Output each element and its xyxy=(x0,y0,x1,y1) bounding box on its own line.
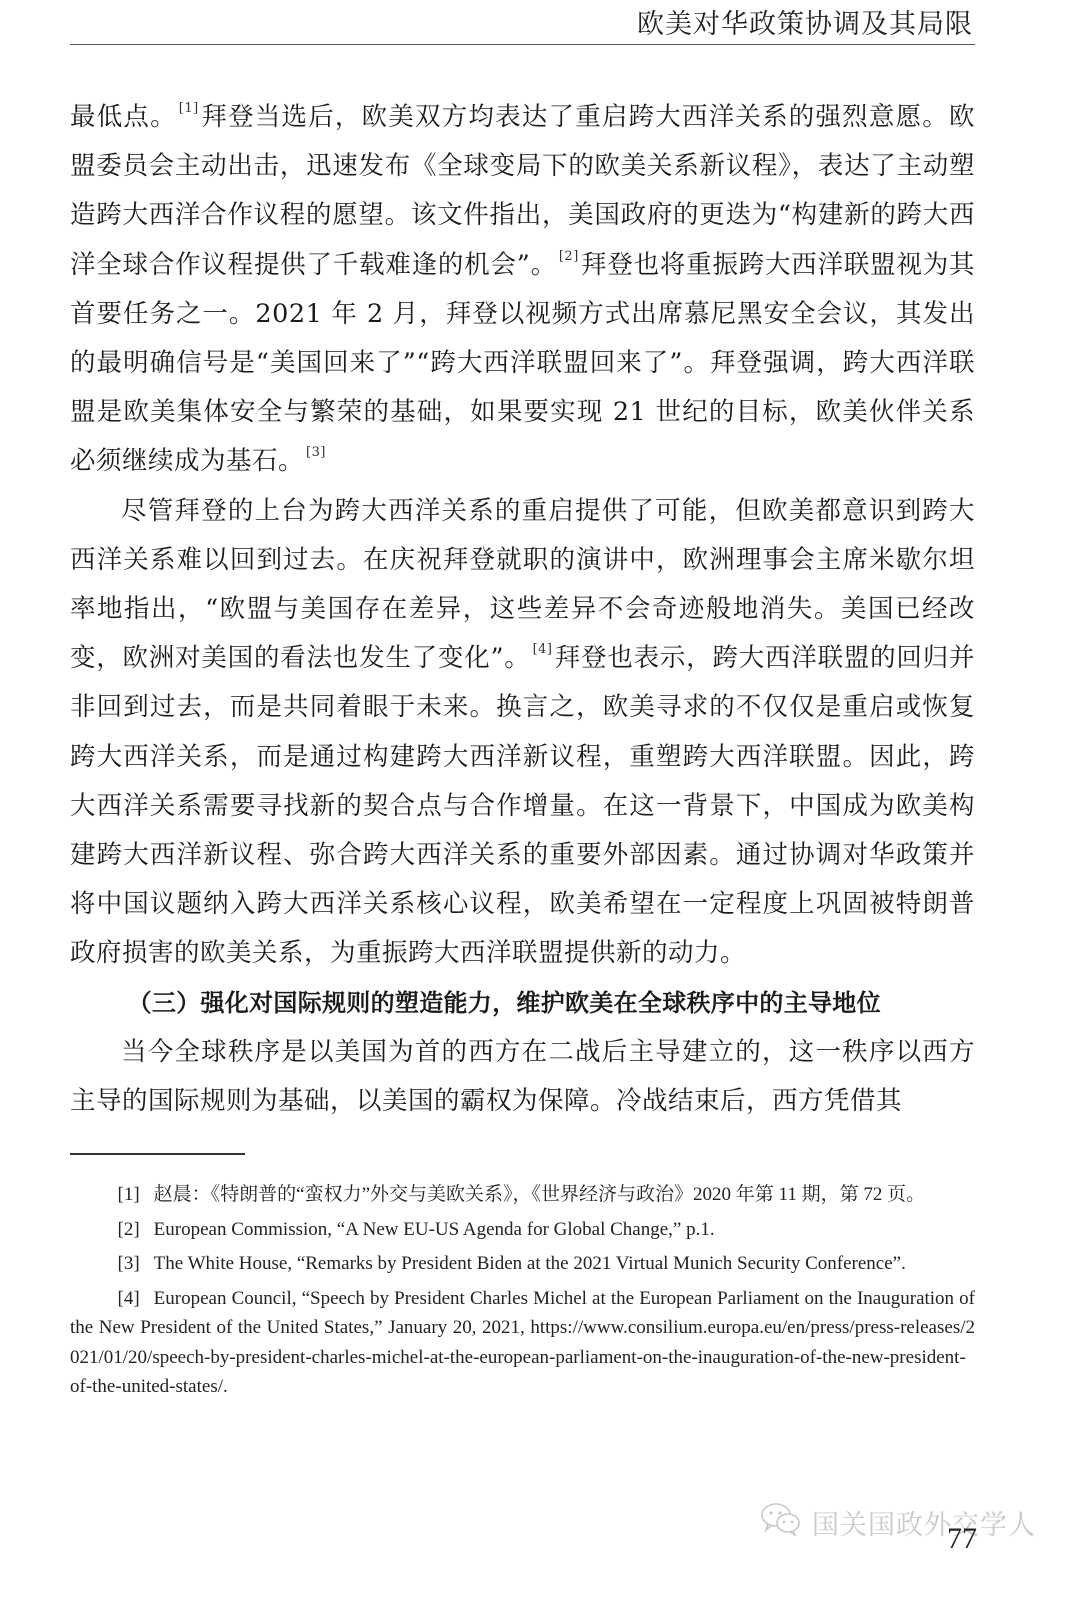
paragraph-2-seg-2: 拜登也表示，跨大西洋联盟的回归并非回到过去，而是共同着眼于未来。换言之，欧美寻求… xyxy=(70,643,975,968)
page-number: 77 xyxy=(947,1522,977,1556)
footnote-text: 赵晨：《特朗普的“蛮权力”外交与美欧关系》，《世界经济与政治》2020 年第 1… xyxy=(154,1184,925,1205)
footnote-3: [3]The White House, “Remarks by Presiden… xyxy=(70,1249,975,1279)
watermark-text: 国关国政外交学人 xyxy=(812,1503,1036,1542)
paragraph-2: 尽管拜登的上台为跨大西洋关系的重启提供了可能，但欧美都意识到跨大西洋关系难以回到… xyxy=(70,487,975,979)
paragraph-3: 当今全球秩序是以美国为首的西方在二战后主导建立的，这一秩序以西方主导的国际规则为… xyxy=(70,1028,975,1126)
footnote-number: [4] xyxy=(118,1288,140,1309)
footnote-number: [2] xyxy=(118,1219,140,1240)
footnote-ref-3[interactable]: [3] xyxy=(306,445,326,460)
paragraph-1-seg-1: 最低点。 xyxy=(70,102,177,132)
footnote-divider xyxy=(70,1153,245,1155)
wechat-icon xyxy=(760,1502,802,1543)
footnote-text: The White House, “Remarks by President B… xyxy=(154,1253,906,1274)
footnote-number: [1] xyxy=(118,1184,140,1205)
body-text: 最低点。[1]拜登当选后，欧美双方均表达了重启跨大西洋关系的强烈意愿。欧盟委员会… xyxy=(70,93,975,1126)
section-heading: （三）强化对国际规则的塑造能力，维护欧美在全球秩序中的主导地位 xyxy=(70,979,975,1028)
footnote-ref-2[interactable]: [2] xyxy=(559,249,579,264)
footnote-text: European Commission, “A New EU-US Agenda… xyxy=(154,1219,715,1240)
paragraph-1: 最低点。[1]拜登当选后，欧美双方均表达了重启跨大西洋关系的强烈意愿。欧盟委员会… xyxy=(70,93,975,487)
footnote-ref-1[interactable]: [1] xyxy=(179,101,199,116)
footnote-2: [2]European Commission, “A New EU-US Age… xyxy=(70,1215,975,1245)
watermark: 国关国政外交学人 xyxy=(760,1502,1036,1543)
running-header: 欧美对华政策协调及其局限 xyxy=(70,0,975,45)
footnote-1: [1]赵晨：《特朗普的“蛮权力”外交与美欧关系》，《世界经济与政治》2020 年… xyxy=(70,1180,975,1210)
running-title: 欧美对华政策协调及其局限 xyxy=(637,2,973,41)
paragraph-1-seg-3: 拜登也将重振跨大西洋联盟视为其首要任务之一。2021 年 2 月，拜登以视频方式… xyxy=(70,250,975,477)
footnote-4: [4]European Council, “Speech by Presiden… xyxy=(70,1284,975,1402)
footnotes: [1]赵晨：《特朗普的“蛮权力”外交与美欧关系》，《世界经济与政治》2020 年… xyxy=(70,1180,975,1407)
footnote-ref-4[interactable]: [4] xyxy=(533,642,553,657)
footnote-number: [3] xyxy=(118,1253,140,1274)
